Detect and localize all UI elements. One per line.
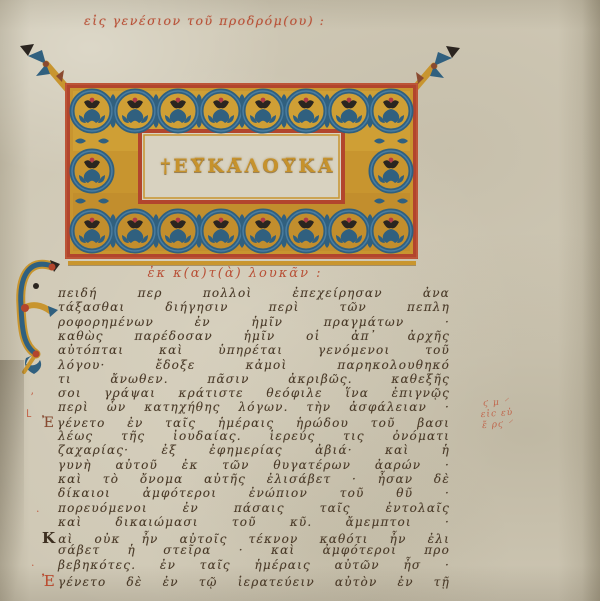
text-line: Ἐγένετο ἐν ταῖς ἡμέραις ἡρώδου τοῦ βασι bbox=[58, 415, 450, 429]
text-line: τι ἄνωθεν. πᾶσιν ἀκριβῶς. καθεξῆς bbox=[58, 372, 450, 386]
line-initial: Κ bbox=[42, 529, 56, 547]
text-line: Καὶ οὐκ ἦν αὐτοῖς τέκνον καθότι ἦν ἐλι bbox=[58, 529, 450, 543]
text-line: βεβηκότες. ἐν ταῖς ἡμέραις αὐτῶν ἦσ · bbox=[58, 558, 450, 572]
text-line: περὶ ὧν κατηχήθης λόγων. τὴν ἀσφάλειαν · bbox=[58, 400, 450, 414]
text-line: λόγου· ἔδοξε κἀμοὶ παρηκολουθηκό bbox=[58, 358, 450, 372]
headpiece-title-text: †ΕΥ̅ΚΑ̅ΛΟΥ̅ΚΑ̅ bbox=[142, 146, 354, 186]
text-line: ζαχαρίας· ἐξ ἐφημερίας ἀβιά· καὶ ἡ bbox=[58, 443, 450, 457]
text-line: καὶ δικαιώμασι τοῦ κῦ. ἄμεμπτοι · bbox=[58, 515, 450, 529]
margin-note-text: ϛ μ ⸍εἰϲ εὐἔ ρϛ ⸍ bbox=[461, 396, 533, 434]
page-edge-shadow-left bbox=[0, 360, 24, 601]
text-line: πορευόμενοι ἐν πάσαις ταῖς ἐντολαῖς bbox=[58, 501, 450, 515]
text-line: γυνὴ αὐτοῦ ἐκ τῶν θυγατέρων ἀαρών · bbox=[58, 458, 450, 472]
margin-mark: 𝈪 bbox=[26, 403, 31, 422]
gold-rule bbox=[68, 261, 416, 265]
text-line: ροφορημένων ἐν ἡμῖν πραγμάτων · bbox=[58, 315, 450, 329]
text-line: καθὼς παρέδοσαν ἡμῖν οἱ ἀπ᾽ ἀρχῆς bbox=[58, 329, 450, 343]
text-line: καὶ τὸ ὄνομα αὐτῆς ἐλισάβετ · ἦσαν δὲ bbox=[58, 472, 450, 486]
line-initial: Ἐ bbox=[42, 415, 55, 431]
manuscript-page: εἰς γενέσιον τοῦ προδρόμ(ου) : bbox=[0, 0, 600, 601]
section-rubric-text: ἐκ κ(α)τ(ὰ) λουκᾶν : bbox=[120, 266, 350, 281]
text-line: Ἐγένετο δὲ ἐν τῷ ἱερατεύειν αὐτὸν ἐν τῇ bbox=[58, 572, 450, 586]
text-line: σοι γράψαι κράτιστε θεόφιλε ἵνα ἐπιγνῷς bbox=[58, 386, 450, 400]
page-edge-shadow-right bbox=[582, 0, 600, 601]
text-line: αὐτόπται καὶ ὑπηρέται γενόμενοι τοῦ bbox=[58, 343, 450, 357]
text-line: λέως τῆς ἰουδαίας. ἱερεύς τις ὀνόματι bbox=[58, 429, 450, 443]
line-initial: Ἐ bbox=[42, 572, 56, 590]
text-line: πειδή περ πολλοὶ ἐπεχείρησαν ἀνα bbox=[58, 286, 450, 300]
top-rubric-text: εἰς γενέσιον τοῦ προδρόμ(ου) : bbox=[84, 13, 354, 28]
text-line: σάβετ ἡ στεῖρα · καὶ ἀμφότεροι προ bbox=[58, 543, 450, 557]
margin-mark: · bbox=[36, 505, 40, 518]
margin-mark: · bbox=[31, 559, 35, 572]
text-line: δίκαιοι ἀμφότεροι ἐνώπιον τοῦ θῦ · bbox=[58, 486, 450, 500]
text-line: τάξασθαι διήγησιν περὶ τῶν πεπλη bbox=[58, 300, 450, 314]
